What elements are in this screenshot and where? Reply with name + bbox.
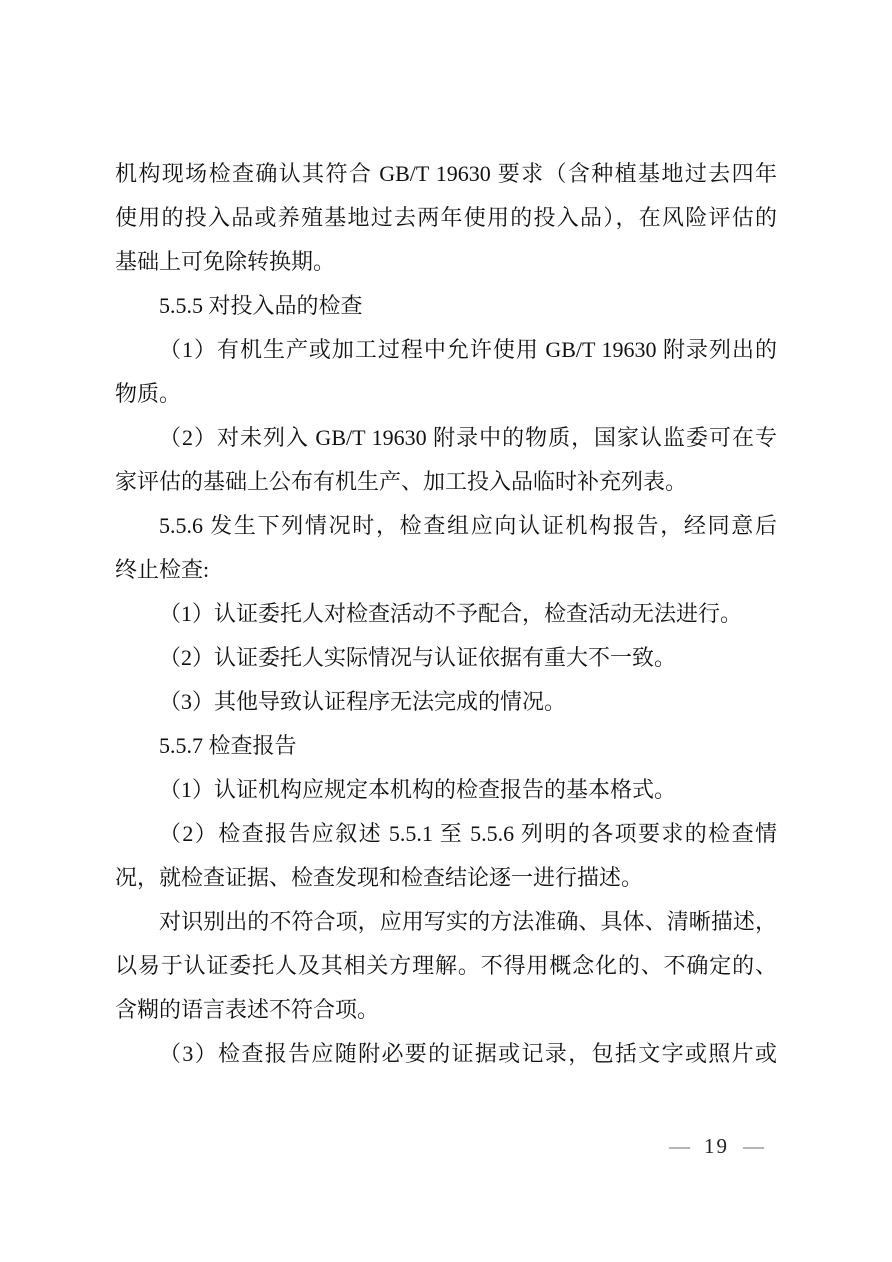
text-line: 物质。 bbox=[115, 372, 777, 416]
document-body: 机构现场检查确认其符合 GB/T 19630 要求（含种植基地过去四年 使用的投… bbox=[115, 152, 777, 1076]
footer-dash-right: — bbox=[743, 1134, 764, 1158]
section-heading-5-5-7: 5.5.7 检查报告 bbox=[115, 724, 777, 768]
text-line: 使用的投入品或养殖基地过去两年使用的投入品），在风险评估的 bbox=[115, 196, 777, 240]
text-line: 终止检查: bbox=[115, 548, 777, 592]
page-footer: —19— bbox=[669, 1132, 764, 1160]
text-line: 机构现场检查确认其符合 GB/T 19630 要求（含种植基地过去四年 bbox=[115, 152, 777, 196]
text-line: （2）对未列入 GB/T 19630 附录中的物质，国家认监委可在专 bbox=[115, 416, 777, 460]
text-line: 以易于认证委托人及其相关方理解。不得用概念化的、不确定的、 bbox=[115, 944, 777, 988]
text-line: 基础上可免除转换期。 bbox=[115, 240, 777, 284]
list-item: （1）认证委托人对检查活动不予配合，检查活动无法进行。 bbox=[115, 592, 777, 636]
text-line: 况，就检查证据、检查发现和检查结论逐一进行描述。 bbox=[115, 856, 777, 900]
section-heading-5-5-6: 5.5.6 发生下列情况时，检查组应向认证机构报告，经同意后 bbox=[115, 504, 777, 548]
text-line: 家评估的基础上公布有机生产、加工投入品临时补充列表。 bbox=[115, 460, 777, 504]
text-line: 对识别出的不符合项，应用写实的方法准确、具体、清晰描述， bbox=[115, 900, 777, 944]
text-line: （1）有机生产或加工过程中允许使用 GB/T 19630 附录列出的 bbox=[115, 328, 777, 372]
document-page: 机构现场检查确认其符合 GB/T 19630 要求（含种植基地过去四年 使用的投… bbox=[0, 0, 892, 1262]
list-item: （2）认证委托人实际情况与认证依据有重大不一致。 bbox=[115, 636, 777, 680]
list-item: （2）检查报告应叙述 5.5.1 至 5.5.6 列明的各项要求的检查情 bbox=[115, 812, 777, 856]
text-line: 含糊的语言表述不符合项。 bbox=[115, 988, 777, 1032]
page-number: 19 bbox=[704, 1134, 729, 1158]
list-item: （3）其他导致认证程序无法完成的情况。 bbox=[115, 680, 777, 724]
list-item: （1）认证机构应规定本机构的检查报告的基本格式。 bbox=[115, 768, 777, 812]
section-heading-5-5-5: 5.5.5 对投入品的检查 bbox=[115, 284, 777, 328]
footer-dash-left: — bbox=[669, 1134, 690, 1158]
list-item: （3）检查报告应随附必要的证据或记录，包括文字或照片或 bbox=[115, 1032, 777, 1076]
